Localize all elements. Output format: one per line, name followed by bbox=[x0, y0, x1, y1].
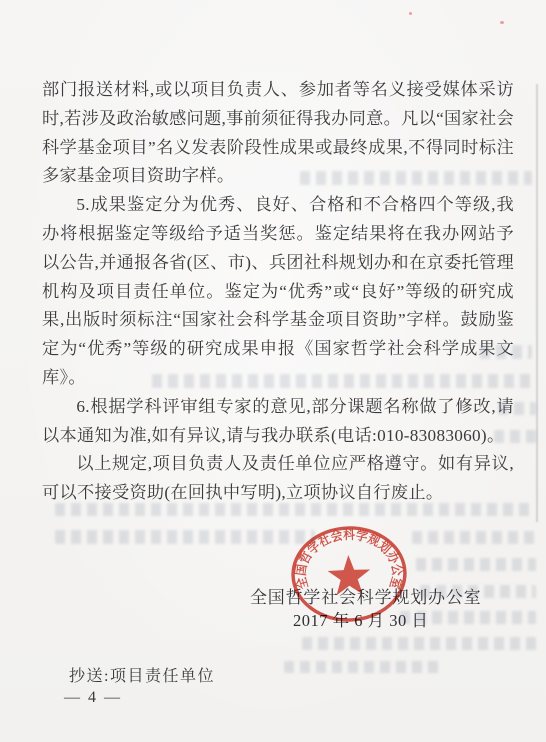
bleedthrough-artifact bbox=[55, 530, 315, 544]
red-ink-speck bbox=[409, 12, 412, 15]
red-ink-speck bbox=[500, 21, 504, 24]
bleedthrough-artifact bbox=[416, 558, 536, 571]
bleedthrough-artifact bbox=[412, 531, 536, 544]
document-body: 部门报送材料,或以项目负责人、参加者等名义接受媒体采访时,若涉及政治敏感问题,事… bbox=[42, 76, 514, 508]
bleedthrough-artifact bbox=[284, 661, 442, 673]
bleedthrough-artifact bbox=[302, 637, 536, 650]
body-paragraph-item6: 6.根据学科评审组专家的意见,部分课题名称做了修改,请以本通知为准,如有异议,请… bbox=[42, 393, 514, 451]
page-number: — 4 — bbox=[64, 689, 122, 707]
scanned-document-page: 部门报送材料,或以项目负责人、参加者等名义接受媒体采访时,若涉及政治敏感问题,事… bbox=[0, 0, 546, 742]
scan-edge-shadow bbox=[536, 84, 538, 522]
official-seal: 全国哲学社会科学规划办公室 bbox=[287, 522, 410, 626]
star-icon bbox=[327, 554, 371, 595]
cc-recipients-line: 抄送:项目责任单位 bbox=[69, 663, 215, 686]
body-paragraph-continuation: 部门报送材料,或以项目负责人、参加者等名义接受媒体采访时,若涉及政治敏感问题,事… bbox=[42, 76, 514, 191]
body-paragraph-item5: 5.成果鉴定分为优秀、良好、合格和不合格四个等级,我办将根据鉴定等级给予适当奖惩… bbox=[42, 191, 514, 393]
body-paragraph-closing: 以上规定,项目负责人及责任单位应严格遵守。如有异议,可以不接受资助(在回执中写明… bbox=[42, 450, 514, 508]
